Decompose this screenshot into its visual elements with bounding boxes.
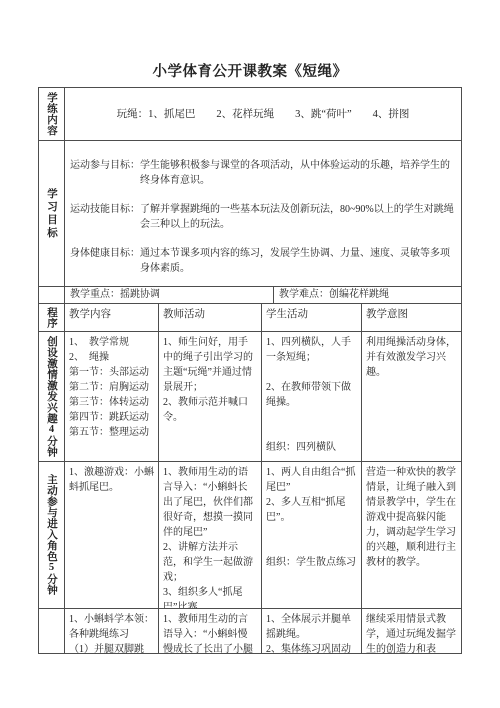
stage1-teacher-activity: 1、师生问好，用手中的绳子引出学习的主题“玩绳”并通过情景展开； 2、教师示范并… xyxy=(158,332,261,461)
objectives-label-cell: 学习目标 xyxy=(39,141,64,286)
focus-empty-cell xyxy=(39,287,64,303)
stage3-label-cell xyxy=(39,609,64,653)
objective-label: 身体健康目标： xyxy=(70,247,140,276)
stage3-student-activity: 1、全体展示并腿单摇跳绳。 2、集体练习巩固动 xyxy=(261,609,361,653)
training-content-label-cell: 学练内容 xyxy=(39,88,64,140)
objective-label: 运动参与目标： xyxy=(70,159,140,188)
training-content-text: 玩绳：1、抓尾巴 2、花样玩绳 3、跳“荷叶” 4、拼图 xyxy=(64,88,461,140)
objective-item: 运动技能目标： 了解并掌握跳绳的一些基本玩法及创新玩法，80~90%以上的学生对… xyxy=(70,203,456,232)
row-focus-difficulty: 教学重点：摇跳协调 教学难点：创编花样跳绳 xyxy=(39,286,461,303)
row-learning-objectives: 学习目标 运动参与目标： 学生能够积极参与课堂的各项活动，从中体验运动的乐趣，培… xyxy=(39,140,461,286)
objective-label: 运动技能目标： xyxy=(70,203,140,232)
teaching-key-point: 教学重点：摇跳协调 xyxy=(64,287,273,303)
row-column-headers: 程序 教学内容 教师活动 学生活动 教学意图 xyxy=(39,303,461,331)
stage1-teaching-intent: 利用绳操活动身体，并有效激发学习兴趣。 xyxy=(361,332,461,461)
stage1-student-activity: 1、四列横队，人手一条短绳； 2、在教师带领下做绳操。 组织：四列横队 xyxy=(261,332,361,461)
header-procedure-cell: 程序 xyxy=(39,304,64,331)
stage2-content: 1、激趣游戏：小蝌蚪抓尾巴。 xyxy=(64,462,158,608)
stage1-label-cell: 创设激情激发兴趣4分钟 xyxy=(39,332,64,461)
objective-item: 身体健康目标： 通过本节课多项内容的练习，发展学生协调、力量、速度、灵敏等多项身… xyxy=(70,247,456,276)
header-student-activity: 学生活动 xyxy=(261,304,361,331)
teaching-difficulty: 教学难点：创编花样跳绳 xyxy=(273,287,461,303)
stage2-teaching-intent: 营造一种欢快的教学情景，让绳子融入到情景教学中，学生在游戏中提高躲闪能力，调动起… xyxy=(361,462,461,608)
objective-text: 通过本节课多项内容的练习，发展学生协调、力量、速度、灵敏等多项身体素质。 xyxy=(140,247,456,276)
stage2-student-activity: 1、两人自由组合“抓尾巴” 2、多人互相“抓尾巴”。 组织：学生散点练习 xyxy=(261,462,361,608)
stage3-content: 1、小蝌蚪学本领：各种跳绳练习 （1）并腿双脚跳 xyxy=(64,609,158,653)
objective-text: 学生能够积极参与课堂的各项活动，从中体验运动的乐趣，培养学生的终身体育意识。 xyxy=(140,159,456,188)
stage2-label: 主动参与进入角色5分钟 xyxy=(44,474,59,596)
header-teaching-intent: 教学意图 xyxy=(361,304,461,331)
page-title: 小学体育公开课教案《短绳》 xyxy=(0,60,500,81)
document-page: 小学体育公开课教案《短绳》 学练内容 玩绳：1、抓尾巴 2、花样玩绳 3、跳“荷… xyxy=(0,0,500,708)
header-teacher-activity: 教师活动 xyxy=(158,304,261,331)
stage1-label: 创设激情激发兴趣4分钟 xyxy=(44,336,59,458)
lesson-plan-table: 学练内容 玩绳：1、抓尾巴 2、花样玩绳 3、跳“荷叶” 4、拼图 学习目标 运… xyxy=(38,87,462,654)
objectives-list: 运动参与目标： 学生能够积极参与课堂的各项活动，从中体验运动的乐趣，培养学生的终… xyxy=(64,141,461,286)
row-training-content: 学练内容 玩绳：1、抓尾巴 2、花样玩绳 3、跳“荷叶” 4、拼图 xyxy=(39,88,461,140)
training-content-label: 学练内容 xyxy=(44,92,59,136)
table-row-stage-2: 主动参与进入角色5分钟 1、激趣游戏：小蝌蚪抓尾巴。 1、教师用生动的语言导入：… xyxy=(39,461,461,608)
table-row-stage-1: 创设激情激发兴趣4分钟 1、 教学常规 2、 绳操 第一节：头部运动 第二节：肩… xyxy=(39,331,461,461)
stage1-content: 1、 教学常规 2、 绳操 第一节：头部运动 第二节：肩胸运动 第三节：体转运动… xyxy=(64,332,158,461)
stage3-teaching-intent: 继续采用情景式教学，通过玩绳发掘学生的创造力和表 xyxy=(361,609,461,653)
header-content: 教学内容 xyxy=(64,304,158,331)
stage2-teacher-activity: 1、教师用生动的语言导入：“小蝌蚪长出了尾巴，伙伴们都很好奇，想摸一摸同伴的尾巴… xyxy=(158,462,261,608)
stage3-teacher-activity: 1、教师用生动的言语导入：“小蝌蚪慢慢成长了长出了小腿 xyxy=(158,609,261,653)
objectives-label: 学习目标 xyxy=(44,188,59,240)
stage2-label-cell: 主动参与进入角色5分钟 xyxy=(39,462,64,608)
table-row-stage-3: 1、小蝌蚪学本领：各种跳绳练习 （1）并腿双脚跳 1、教师用生动的言语导入：“小… xyxy=(39,608,461,653)
objective-text: 了解并掌握跳绳的一些基本玩法及创新玩法，80~90%以上的学生对跳绳会三种以上的… xyxy=(140,203,456,232)
header-procedure: 程序 xyxy=(44,307,59,328)
objective-item: 运动参与目标： 学生能够积极参与课堂的各项活动，从中体验运动的乐趣，培养学生的终… xyxy=(70,159,456,188)
